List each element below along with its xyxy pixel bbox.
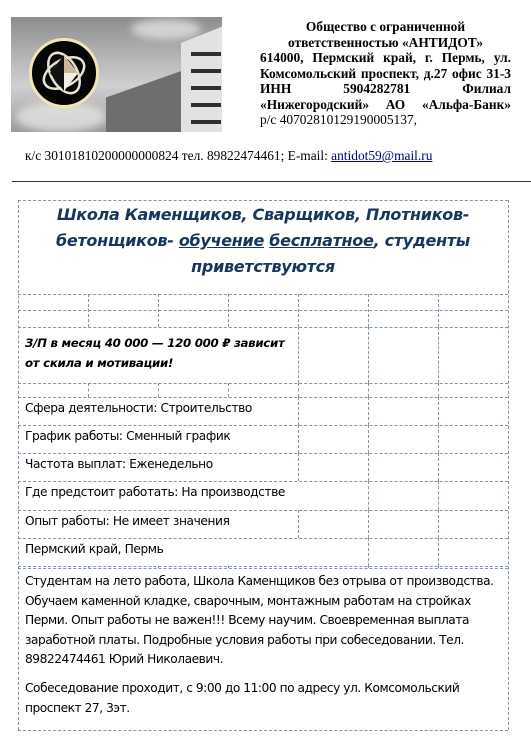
grid-line [298, 566, 299, 568]
grid-line [18, 730, 508, 731]
field-location: Пермский край, Пермь [25, 542, 163, 556]
interview-text: Собеседование проходит, с 9:00 до 11:00 … [25, 679, 495, 718]
grid-line [298, 294, 299, 327]
grid-line [438, 510, 439, 538]
grid-line [18, 397, 508, 398]
header-divider [12, 181, 531, 182]
grid-line [298, 453, 299, 481]
inn-line: ИНН 5904282781 Филиал [260, 81, 511, 97]
contact-line: к/с 30101810200000000824 тел. 8982247446… [25, 148, 432, 164]
description-text: Студентам на лето работа, Школа Каменщик… [25, 572, 495, 670]
window-row [191, 103, 221, 107]
grid-line [18, 453, 508, 454]
grid-line [88, 566, 89, 568]
grid-line [18, 510, 508, 511]
field-activity: Сфера деятельности: Строительство [25, 401, 252, 415]
title-underlined-free: бесплатное [269, 231, 373, 250]
company-name-line2: ответственностью «АНТИДОТ» [260, 35, 511, 51]
grid-line [18, 425, 508, 426]
salary-text: З/П в месяц 40 000 — 120 000 ₽ зависит о… [25, 333, 300, 373]
grid-line [438, 327, 439, 383]
grid-line [298, 397, 299, 425]
company-info: Общество с ограниченной ответственностью… [260, 19, 511, 128]
grid-line [508, 200, 509, 730]
grid-line [368, 383, 369, 397]
grid-line [88, 383, 89, 397]
window-row [191, 120, 221, 124]
grid-line [18, 200, 508, 201]
grid-line [438, 397, 439, 425]
grid-line [438, 566, 439, 568]
title-underlined-free-training: обучение [179, 231, 264, 250]
address-line1: 614000, Пермский край, г. Пермь, ул. [260, 50, 511, 66]
field-payment-frequency: Частота выплат: Еженедельно [25, 457, 213, 471]
antidot-logo-icon [29, 38, 99, 108]
window-row [191, 86, 221, 90]
window-row [191, 69, 221, 73]
email-link[interactable]: antidot59@mail.ru [331, 148, 432, 163]
grid-line [368, 397, 369, 425]
grid-line [18, 481, 508, 482]
grid-line [368, 566, 369, 568]
grid-line [438, 481, 439, 510]
grid-line [18, 538, 508, 539]
grid-line [368, 327, 369, 383]
ad-title: Школа Каменщиков, Сварщиков, Плотников-б… [20, 202, 506, 280]
grid-line [368, 481, 369, 510]
building-photo [11, 17, 222, 132]
grid-line [158, 294, 159, 327]
grid-line [438, 538, 439, 566]
field-workplace: Где предстоит работать: На производстве [25, 485, 285, 499]
grid-line [18, 566, 508, 567]
company-name-line1: Общество с ограниченной [260, 19, 511, 35]
grid-line [368, 538, 369, 566]
grid-line [368, 510, 369, 538]
grid-line [158, 383, 159, 397]
grid-line [228, 294, 229, 327]
grid-line [18, 294, 508, 295]
contact-details: к/с 30101810200000000824 тел. 8982247446… [25, 148, 331, 163]
account-line: р/с 40702810129190005137, [260, 112, 511, 128]
grid-line [438, 453, 439, 481]
address-line2: Комсомольский проспект, д.27 офис 31-3 [260, 66, 511, 82]
grid-line [298, 510, 299, 538]
bank-line: «Нижегородский» АО «Альфа-Банк» [260, 97, 511, 113]
grid-line [18, 327, 508, 328]
grid-line [368, 294, 369, 327]
cloud-decoration [131, 19, 201, 39]
grid-line [438, 294, 439, 327]
grid-line [438, 425, 439, 453]
grid-line [228, 383, 229, 397]
field-experience: Опыт работы: Не имеет значения [25, 514, 230, 528]
grid-line [298, 425, 299, 453]
field-schedule: График работы: Сменный график [25, 429, 230, 443]
grid-line [438, 383, 439, 397]
grid-line [18, 568, 508, 569]
grid-line [88, 294, 89, 327]
grid-line [298, 383, 299, 397]
grid-line [18, 310, 508, 311]
window-row [191, 52, 221, 56]
grid-line [368, 453, 369, 481]
grid-line [18, 200, 19, 730]
building-shape [181, 25, 222, 132]
grid-line [158, 566, 159, 568]
grid-line [18, 383, 508, 384]
grid-line [228, 566, 229, 568]
grid-line [368, 425, 369, 453]
